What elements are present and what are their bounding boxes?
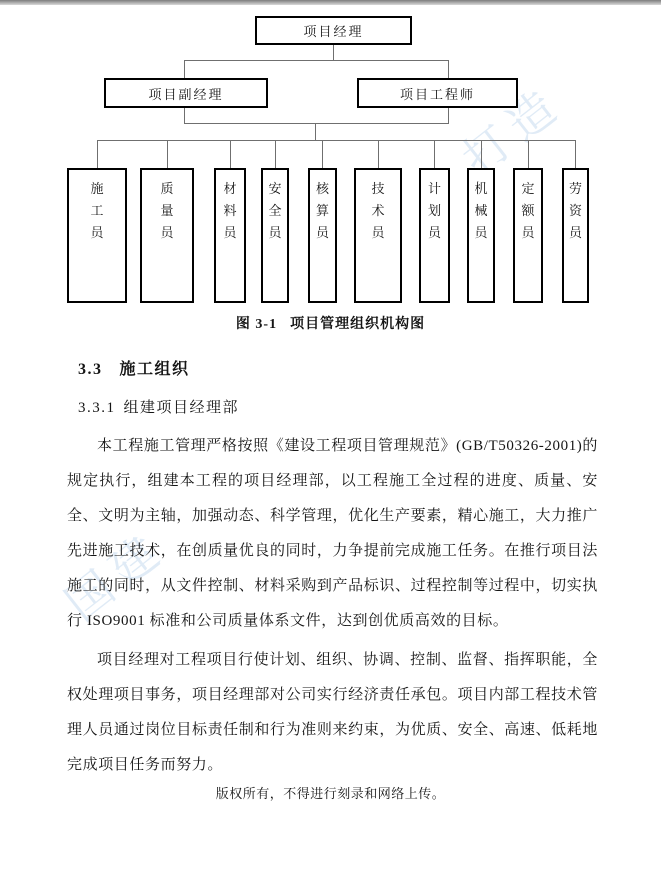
- connector-line: [275, 140, 276, 169]
- org-box-staff-label: 劳资员: [568, 178, 583, 244]
- connector-line: [448, 60, 449, 79]
- paragraph: 本工程施工管理严格按照《建设工程项目管理规范》(GB/T50326-2001)的…: [67, 429, 598, 639]
- org-box-staff-label: 机械员: [474, 178, 489, 244]
- connector-line: [322, 140, 323, 169]
- org-box-staff-label: 计划员: [427, 178, 442, 244]
- org-box-staff: 技术员: [354, 168, 402, 303]
- connector-line: [184, 60, 185, 79]
- document-body: 3.3 施工组织 3.3.1 组建项目经理部 本工程施工管理严格按照《建设工程项…: [0, 356, 661, 783]
- document-page: 打造 国建 项目经理 项目副经理 项目工程师 施工员 质量员: [0, 0, 661, 881]
- connector-line: [434, 140, 435, 169]
- org-box-staff: 施工员: [67, 168, 127, 303]
- figure-caption-title: 项目管理组织机构图: [290, 313, 425, 333]
- org-box-staff: 核算员: [308, 168, 337, 303]
- figure-caption-number: 图 3-1: [236, 313, 277, 333]
- connector-line: [97, 140, 98, 169]
- connector-line: [333, 45, 334, 61]
- org-box-staff: 机械员: [467, 168, 495, 303]
- connector-line: [448, 107, 449, 124]
- org-box-staff: 材料员: [214, 168, 246, 303]
- org-box-project-engineer: 项目工程师: [357, 78, 518, 108]
- org-box-staff: 劳资员: [562, 168, 589, 303]
- org-box-staff-label: 安全员: [268, 178, 283, 244]
- org-box-staff: 安全员: [261, 168, 289, 303]
- org-box-staff-label: 核算员: [315, 178, 330, 244]
- org-box-staff-label: 施工员: [90, 178, 105, 244]
- connector-line: [184, 123, 449, 124]
- connector-line: [528, 140, 529, 169]
- connector-line: [184, 60, 449, 61]
- figure-caption: 图 3-1 项目管理组织机构图: [0, 313, 661, 333]
- connector-line: [378, 140, 379, 169]
- section-title: 施工组织: [120, 356, 190, 379]
- subsection-number: 3.3.1: [78, 400, 116, 417]
- org-box-staff-label: 定额员: [521, 178, 536, 244]
- connector-line: [167, 140, 168, 169]
- connector-line: [481, 140, 482, 169]
- copyright-footer: 版权所有，不得进行刻录和网络上传。: [0, 783, 661, 802]
- org-box-staff: 计划员: [419, 168, 450, 303]
- org-box-staff-label: 材料员: [223, 178, 238, 244]
- org-box-project-manager: 项目经理: [255, 16, 412, 45]
- org-box-staff: 定额员: [513, 168, 543, 303]
- connector-line: [97, 140, 576, 141]
- section-number: 3.3: [78, 361, 103, 379]
- connector-line: [184, 107, 185, 124]
- subsection-heading: 3.3.1 组建项目经理部: [78, 396, 598, 417]
- paragraph: 项目经理对工程项目行使计划、组织、协调、控制、监督、指挥职能，全权处理项目事务，…: [67, 643, 598, 783]
- subsection-title: 组建项目经理部: [124, 396, 240, 417]
- org-box-deputy-manager: 项目副经理: [104, 78, 268, 108]
- org-chart: 项目经理 项目副经理 项目工程师 施工员 质量员 材料员 安全员 核算员 技术员…: [0, 0, 661, 305]
- org-box-staff-label: 质量员: [160, 178, 175, 244]
- section-heading: 3.3 施工组织: [78, 356, 598, 379]
- org-box-staff: 质量员: [140, 168, 194, 303]
- connector-line: [575, 140, 576, 169]
- connector-line: [230, 140, 231, 169]
- connector-line: [315, 123, 316, 141]
- org-box-staff-label: 技术员: [371, 178, 386, 244]
